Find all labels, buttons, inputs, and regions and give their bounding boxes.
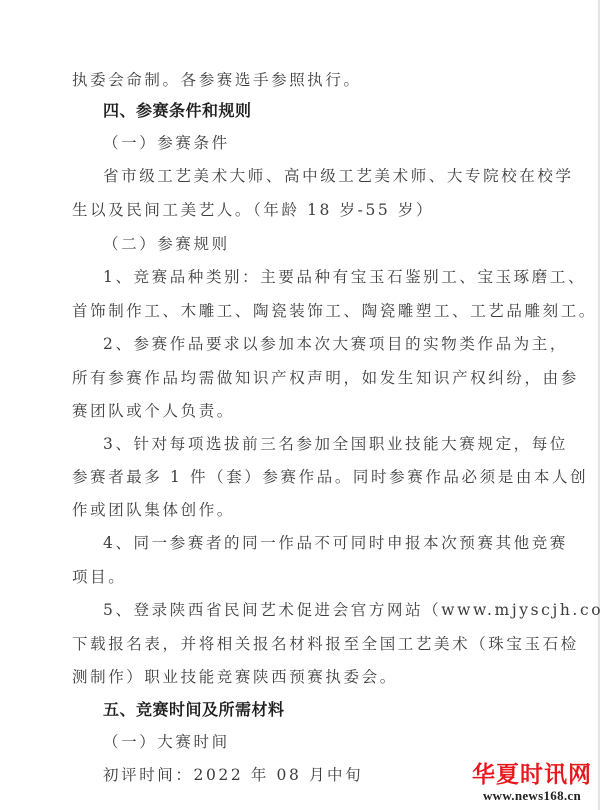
- body-line: 项目。: [72, 567, 126, 587]
- body-line: 4、同一参赛者的同一作品不可同时申报本次预赛其他竞赛: [103, 533, 568, 553]
- body-line: 生以及民间工美艺人。（年龄 18 岁-55 岁）: [72, 200, 434, 220]
- body-line: 1、竞赛品种类别：主要品种有宝玉石鉴别工、宝玉琢磨工、: [103, 267, 586, 287]
- subheading-time: （一）大赛时间: [103, 732, 230, 752]
- body-line: 3、针对每项选拔前三名参加全国职业技能大赛规定，每位: [103, 434, 568, 454]
- section-heading-4: 四、参赛条件和规则: [103, 101, 252, 121]
- site-watermark: 华夏时讯网 www.news168.cn: [472, 762, 592, 804]
- subheading-rules: （二）参赛规则: [103, 234, 230, 254]
- body-line: 作或团队集体创作。: [72, 500, 235, 520]
- body-line: 参赛者最多 1 件（套）参赛作品。同时参赛作品必须是由本人创: [72, 467, 588, 487]
- subheading-conditions: （一）参赛条件: [103, 133, 230, 153]
- body-line: 下载报名表，并将相关报名材料报至全国工艺美术（珠宝玉石检: [72, 634, 579, 654]
- section-heading-5: 五、竞赛时间及所需材料: [103, 700, 285, 720]
- body-line: 执委会命制。各参赛选手参照执行。: [72, 70, 362, 90]
- watermark-url: www.news168.cn: [472, 788, 592, 804]
- body-line: 所有参赛作品均需做知识产权声明，如发生知识产权纠纷，由参: [72, 368, 579, 388]
- body-line: 初评时间：2022 年 08 月中旬: [103, 765, 363, 785]
- watermark-logo-text: 华夏时讯网: [472, 762, 592, 788]
- body-line: 赛团队或个人负责。: [72, 401, 235, 421]
- body-line: 省市级工艺美术大师、高中级工艺美术师、大专院校在校学: [103, 166, 574, 186]
- body-line: 测制作）职业技能竞赛陕西预赛执委会。: [72, 667, 398, 687]
- body-line: 5、登录陕西省民间艺术促进会官方网站（www.mjyscjh.com）: [103, 600, 600, 620]
- body-line: 2、参赛作品要求以参加本次大赛项目的实物类作品为主，: [103, 334, 568, 354]
- body-line: 首饰制作工、木雕工、陶瓷装饰工、陶瓷雕塑工、工艺品雕刻工。: [72, 301, 597, 321]
